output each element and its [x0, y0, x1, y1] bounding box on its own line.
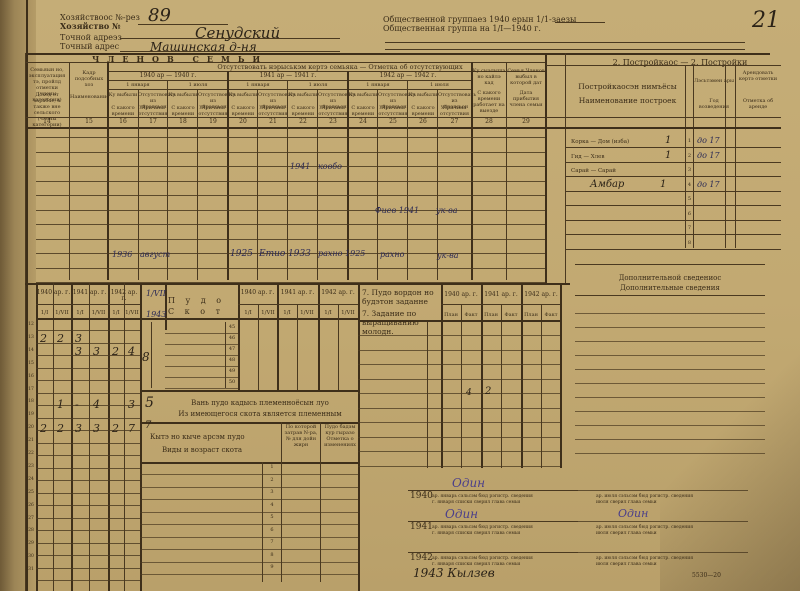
grid-row-line: [358, 379, 560, 380]
building-row-number: 5: [686, 196, 693, 202]
livestock-sub-col: 1/VII: [297, 310, 317, 316]
livestock-row-number: 18: [26, 399, 36, 405]
tribal-value: 5: [145, 395, 154, 411]
livestock-year-right-1: 1941 ар. г.: [277, 290, 318, 296]
grid-row-line: [358, 393, 560, 394]
col-divider: [297, 304, 298, 390]
sub-header-right-bottom: Причина отсутствия: [198, 105, 228, 117]
rule: [140, 462, 358, 464]
breed-col-a-header: По которой затрав N-ра, № для дойн жирн: [282, 424, 320, 448]
building-row-number: 2: [686, 153, 693, 159]
sub-header-right-bottom: Причина отсутствия: [378, 105, 408, 117]
breed-mark: 7: [145, 420, 151, 431]
grid-row-line: [36, 430, 140, 431]
building-count: 1: [660, 179, 666, 190]
plan-mark: 4: [466, 388, 472, 398]
livestock-title-2: С к о т: [168, 307, 224, 316]
livestock-sub-col: 1/I: [108, 310, 124, 316]
entry-25-row9: рахно: [380, 250, 405, 259]
breed-row-number: 7: [263, 539, 281, 545]
grid-row-line: [358, 364, 560, 365]
period-1942-jul: 1 июля: [408, 82, 471, 88]
rule: [165, 366, 238, 367]
livestock-year-right-0: 1940 ар. г.: [238, 290, 277, 296]
sub-header-left-top: Ку выбыли: [408, 92, 438, 98]
grid-row-line: [36, 210, 545, 211]
col-divider: [377, 89, 378, 280]
col-divider: [560, 283, 562, 468]
period-1941: 1941 ар — 1941 г.: [228, 73, 348, 79]
handwritten-1943: 1943 Кылзев: [413, 566, 495, 580]
livestock-value: 3: [75, 332, 82, 345]
rule: [140, 499, 358, 500]
rule: [408, 552, 578, 553]
footer-right-text-2: июля сверил глава семьи: [596, 529, 657, 538]
col-divider: [407, 80, 408, 280]
col29-header-bottom: Дата прибытия члена семьи: [507, 90, 545, 108]
livestock-sub-col: 1/I: [238, 310, 258, 316]
livestock-sub-col: 1/VII: [124, 310, 140, 316]
grid-row-line: [36, 530, 140, 531]
col-num-20: 20: [228, 119, 258, 125]
col-num-19: 19: [198, 119, 228, 125]
sub-header-left-bottom: С какого времени: [168, 105, 198, 117]
livestock-value: 3: [75, 345, 82, 358]
livestock-row-number: 21: [26, 438, 36, 444]
rule: [120, 51, 340, 52]
grid-row-line: [358, 350, 560, 351]
rule: [120, 38, 340, 39]
address-label-1: Точной адреэз: [60, 33, 122, 42]
livestock-row-number: 13: [26, 335, 36, 341]
rule: [566, 220, 781, 221]
livestock-row-number: 19: [26, 412, 36, 418]
livestock-row-number: 29: [26, 541, 36, 547]
col-divider: [197, 89, 198, 280]
rule: [108, 89, 471, 90]
col-divider: [501, 304, 502, 468]
livestock-title-1: П у д о: [168, 296, 225, 305]
entry-27-row6: ук-ва: [436, 206, 458, 215]
col-num-21: 21: [258, 119, 288, 125]
breed-col-b-header: Пудо бадэм кур гыразо Отметка о изменени…: [321, 424, 359, 448]
building-year-header-1: Лэсьтэмен ары: [694, 78, 734, 84]
livestock-value: 2: [57, 422, 64, 435]
col-divider: [258, 304, 259, 390]
building-rent-header-2: Отметка об аренде: [736, 98, 780, 110]
livestock-row-code: 45: [226, 324, 238, 330]
rule: [566, 176, 781, 177]
col-divider: [257, 89, 258, 280]
period-1940-jan: 1 января: [108, 82, 168, 88]
register-page: Хозяйствоос №-рез Хозяйство № 89 Точной …: [0, 0, 800, 591]
footer-line-text-2: г. января списки сверил глава семьи: [432, 498, 520, 507]
col28-header-bottom: С какого времени работает на выезде: [472, 90, 506, 114]
extra-info-line: [575, 313, 765, 314]
col-divider: [227, 71, 229, 280]
col-num-16: 16: [108, 119, 138, 125]
plan-sub-col: Факт: [541, 312, 561, 318]
extra-info-line: [575, 369, 765, 370]
livestock-row-number: 17: [26, 387, 36, 393]
breed-row-number: 9: [263, 564, 281, 570]
sub-header-left-top: Ку выбыли: [108, 92, 138, 98]
col-num-14: 14: [26, 119, 68, 125]
rule: [165, 388, 238, 389]
rule: [36, 318, 358, 320]
form-code: 5530—20: [692, 571, 721, 580]
livestock-row-number: 24: [26, 477, 36, 483]
sub-header-left-bottom: С какого времени: [408, 105, 438, 117]
grid-row-line: [36, 380, 140, 381]
grid-row-line: [36, 493, 140, 494]
livestock-sub-col: 1/VII: [89, 310, 108, 316]
rule: [578, 521, 748, 522]
livestock-value: 2: [112, 422, 119, 435]
household-no-label-2: Хозяйство №: [60, 22, 121, 31]
building-row-number: 8: [686, 240, 693, 246]
plan-sub-col: План: [521, 312, 541, 318]
social-group-label-1: Общественной группаез 1940 ерын 1/1-заез…: [383, 15, 576, 24]
breed-label-1: Кытэ но кыче арсэм пудо: [150, 433, 245, 442]
rule: [165, 344, 238, 345]
page-number: 21: [752, 8, 780, 33]
livestock-row-number: 25: [26, 490, 36, 496]
grid-row-line: [358, 451, 560, 452]
livestock-row-number: 14: [26, 348, 36, 354]
breed-row-number: 4: [263, 502, 281, 508]
livestock-value: 7: [128, 422, 135, 435]
breed-row-number: 6: [263, 527, 281, 533]
rule: [140, 390, 358, 392]
plan-year-1: 1941 ар. г.: [481, 292, 521, 298]
livestock-value: 1: [57, 398, 64, 411]
extra-info-line: [575, 383, 765, 384]
livestock-sub-col: 1/VII: [258, 310, 278, 316]
sub-header-right-bottom: Причина отсутствия: [138, 105, 168, 117]
col-num-22: 22: [288, 119, 318, 125]
extra-info-title-2: Дополнительные сведения: [575, 284, 765, 293]
livestock-sub-col: 1/VII: [338, 310, 358, 316]
livestock-sub-col: 1/I: [36, 310, 53, 316]
period-1941-jan: 1 января: [228, 82, 288, 88]
grid-row-line: [36, 405, 140, 406]
sub-header-left-top: Ку выбыли: [348, 92, 378, 98]
livestock-row-number: 16: [26, 374, 36, 380]
tribal-label-2: Из имеющегося скота является племенным: [160, 410, 360, 419]
rule: [555, 22, 605, 23]
rule: [575, 264, 765, 265]
signature-left: Один: [445, 507, 478, 521]
grid-row-line: [36, 137, 545, 138]
col-divider: [107, 62, 109, 280]
livestock-year-right-2: 1942 ар. г.: [318, 290, 358, 296]
tribal-label-1: Вань пудо кадысь племенноёсын луо: [160, 399, 360, 408]
col-divider: [277, 283, 279, 390]
rule: [546, 65, 781, 66]
entry-22-row9: 1933: [288, 249, 311, 259]
sub-header-left-top: Ку выбыли: [228, 92, 258, 98]
col-divider: [521, 283, 523, 468]
building-name: Сарай — Сарай: [571, 167, 616, 176]
col-divider: [541, 304, 542, 468]
livestock-row-code: 49: [226, 368, 238, 374]
col-num-26: 26: [408, 119, 438, 125]
building-year: до 17: [697, 136, 720, 145]
col15-header-bottom: Наименование: [70, 94, 108, 100]
livestock-row-number: 31: [26, 567, 36, 573]
rule: [140, 487, 358, 488]
sub-header-left-top: Ку выбыли: [288, 92, 318, 98]
building-name-header-1: Постройкаосэн нимъёсы: [570, 82, 685, 91]
rule: [566, 249, 781, 250]
livestock-sub-col: 1/VII: [53, 310, 71, 316]
signature-left: Один: [452, 476, 485, 490]
grid-row-line: [36, 455, 140, 456]
col-divider: [461, 304, 462, 468]
col-1943-top: 1/VII: [146, 289, 166, 298]
livestock-row-code: 50: [226, 379, 238, 385]
grid-row-line: [36, 181, 545, 182]
footer-year-1942: 1942: [410, 554, 433, 563]
rule: [441, 304, 560, 305]
grid-row-line: [36, 239, 545, 240]
rule: [408, 490, 578, 491]
grid-row-line: [358, 408, 560, 409]
grid-row-line: [36, 468, 140, 469]
extra-info-line: [575, 439, 765, 440]
plan-year-2: 1942 ар. г.: [521, 292, 561, 298]
livestock-row-number: 23: [26, 464, 36, 470]
building-row-number: 1: [686, 138, 693, 144]
livestock-row-code: 47: [226, 346, 238, 352]
col-divider: [481, 283, 483, 468]
plan-year-0: 1940 ар. г.: [441, 292, 481, 298]
extra-info-line: [575, 327, 765, 328]
livestock-value: 4: [93, 398, 100, 411]
grid-row-line: [36, 543, 140, 544]
livestock-row-number: 28: [26, 528, 36, 534]
rule: [546, 127, 781, 129]
rule: [140, 574, 358, 575]
footer-right-text-2: июля сверил глава семьи: [596, 560, 657, 569]
rule: [165, 377, 238, 378]
rule: [566, 205, 781, 206]
grid-row-line: [36, 355, 140, 356]
sub-header-left-bottom: С какого времени: [288, 105, 318, 117]
col-divider: [338, 304, 339, 390]
period-1941-jul: 1 июля: [288, 82, 348, 88]
building-row-number: 6: [686, 211, 693, 217]
plan-title-2: 7. Задание по выращиванию молодн.: [362, 309, 442, 336]
footer-year-1940: 1940: [410, 492, 433, 501]
col-1943-value: 8: [142, 350, 150, 364]
grid-row-line: [36, 555, 140, 556]
rule: [140, 512, 358, 513]
building-row-number: 4: [686, 182, 693, 188]
grid-row-line: [36, 418, 140, 419]
building-row-number: 3: [686, 167, 693, 173]
breed-row-number: 2: [263, 477, 281, 483]
household-no-value: 89: [148, 5, 171, 26]
col-num-18: 18: [168, 119, 198, 125]
col-num-27: 27: [438, 119, 471, 125]
breed-row-number: 3: [263, 489, 281, 495]
entry-22-row3: 1941: [290, 162, 310, 171]
building-year: до 17: [697, 180, 720, 189]
footer-year-1941: 1941: [410, 523, 433, 532]
livestock-row-code: 48: [226, 357, 238, 363]
col-num-24: 24: [348, 119, 378, 125]
plan-sub-col: Факт: [461, 312, 481, 318]
livestock-value: 3: [75, 422, 82, 435]
rule: [575, 295, 765, 296]
building-name: Корка — Дом (изба): [571, 138, 629, 147]
extra-info-line: [575, 355, 765, 356]
building-rent-header-1: Арендовать кертэ отметки: [736, 70, 780, 82]
col-divider: [138, 89, 139, 280]
rule: [140, 562, 358, 563]
col-divider: [238, 283, 240, 390]
livestock-value: 3: [128, 398, 135, 411]
grid-row-line: [36, 505, 140, 506]
sub-header-left-bottom: С какого времени: [108, 105, 138, 117]
entry-25-row6: Фиев 1941: [375, 206, 419, 215]
col-divider: [151, 322, 152, 388]
rule: [140, 537, 358, 538]
grid-row-line: [36, 224, 545, 225]
livestock-value: 2: [40, 422, 47, 435]
livestock-value: 4: [128, 345, 135, 358]
building-name: Гид — Хлев: [571, 153, 604, 162]
building-year-header-2: Год возведения: [694, 98, 734, 110]
extra-info-line: [575, 341, 765, 342]
livestock-row-number: 27: [26, 516, 36, 522]
grid-row-line: [36, 152, 545, 153]
building-count: 1: [665, 135, 671, 146]
breed-row-number: 5: [263, 514, 281, 520]
rule: [140, 549, 358, 550]
col-divider: [471, 62, 473, 280]
col-num-17: 17: [138, 119, 168, 125]
entry-21-row9: Етио: [259, 249, 285, 259]
sub-header-right-bottom: Причина отсутствия: [258, 105, 288, 117]
col15-header-top: Кадр подсобных хоз: [70, 70, 108, 88]
rule: [566, 147, 781, 148]
rule: [165, 355, 238, 356]
rule: [36, 304, 140, 305]
col-divider: [427, 320, 428, 468]
social-group-label-2: Общественная группа на 1/I—1940 г.: [383, 24, 541, 33]
extra-info-line: [575, 453, 765, 454]
period-1942: 1942 ар — 1942 г.: [348, 73, 468, 79]
footer-line-text-2: г. января списки сверил глава семьи: [432, 529, 520, 538]
building-year: до 17: [697, 151, 720, 160]
sub-header-right-bottom: Причина отсутствия: [318, 105, 348, 117]
entry-23-row9: рахно 1925: [318, 249, 365, 258]
grid-row-line: [36, 195, 545, 196]
sub-header-left-top: Ку выбыли: [168, 92, 198, 98]
rule: [578, 490, 748, 491]
col-divider: [318, 283, 320, 390]
rule: [25, 283, 570, 285]
livestock-sub-col: 1/I: [318, 310, 338, 316]
rule: [140, 524, 358, 525]
grid-row-line: [36, 518, 140, 519]
grid-row-line: [358, 422, 560, 423]
entry-17-row9: август: [140, 250, 170, 259]
building-name: Амбар: [590, 179, 624, 190]
sub-header-left-bottom: С какого времени: [348, 105, 378, 117]
grid-row-line: [36, 343, 140, 344]
livestock-value: -: [75, 398, 79, 411]
livestock-value: 2: [112, 345, 119, 358]
grid-row-line: [36, 393, 140, 394]
col-num-25: 25: [378, 119, 408, 125]
grid-row-line: [36, 268, 545, 269]
breed-row-number: 8: [263, 552, 281, 558]
rule: [385, 42, 745, 43]
rule: [566, 162, 781, 163]
grid-row-line: [358, 437, 560, 438]
entry-27-row9: ук-ва: [437, 251, 459, 260]
col-divider: [140, 283, 142, 591]
sub-header-right-bottom: Причина отсутствия: [438, 105, 471, 117]
livestock-row-number: 30: [26, 554, 36, 560]
livestock-value: 3: [93, 345, 100, 358]
col-divider: [506, 62, 507, 280]
extra-info-line: [575, 397, 765, 398]
col-num-28: 28: [472, 119, 506, 125]
extra-info-line: [575, 411, 765, 412]
breed-label-2: Виды и возраст скота: [162, 446, 242, 455]
livestock-row-code: 46: [226, 335, 238, 341]
building-row-number: 7: [686, 225, 693, 231]
breed-row-number: 1: [263, 464, 281, 470]
grid-row-line: [36, 368, 140, 369]
signature-right: Один: [618, 507, 648, 520]
rule: [566, 234, 781, 235]
livestock-row-number: 20: [26, 425, 36, 431]
col-divider: [69, 62, 70, 280]
grid-row-line: [36, 568, 140, 569]
grid-row-line: [36, 480, 140, 481]
sub-header-left-bottom: С какого времени: [228, 105, 258, 117]
col-num-15: 15: [70, 119, 108, 125]
extra-info-title-1: Дополнительной сведениос: [575, 274, 765, 283]
plan-sub-col: План: [481, 312, 501, 318]
rule: [408, 521, 578, 522]
col-divider: [545, 53, 547, 283]
building-name-header-2: Наименование построек: [570, 96, 685, 105]
rule: [566, 191, 781, 192]
livestock-value: 2: [57, 332, 64, 345]
livestock-value: 3: [93, 422, 100, 435]
livestock-sub-col: 1/I: [71, 310, 89, 316]
extra-info-line: [575, 425, 765, 426]
grid-row-line: [36, 443, 140, 444]
plan-sub-col: План: [441, 312, 461, 318]
rule: [140, 474, 358, 475]
col28-header-top: Ку сыэлыша но кайлэ кад: [472, 68, 506, 86]
rule: [108, 80, 471, 81]
plan-mark: 2: [485, 386, 491, 397]
address-label-2: Точный адрес: [60, 42, 119, 51]
col-num-29: 29: [507, 119, 545, 125]
period-1940-jul: 1 июля: [168, 82, 228, 88]
grid-row-line: [36, 330, 140, 331]
rule: [25, 127, 545, 129]
